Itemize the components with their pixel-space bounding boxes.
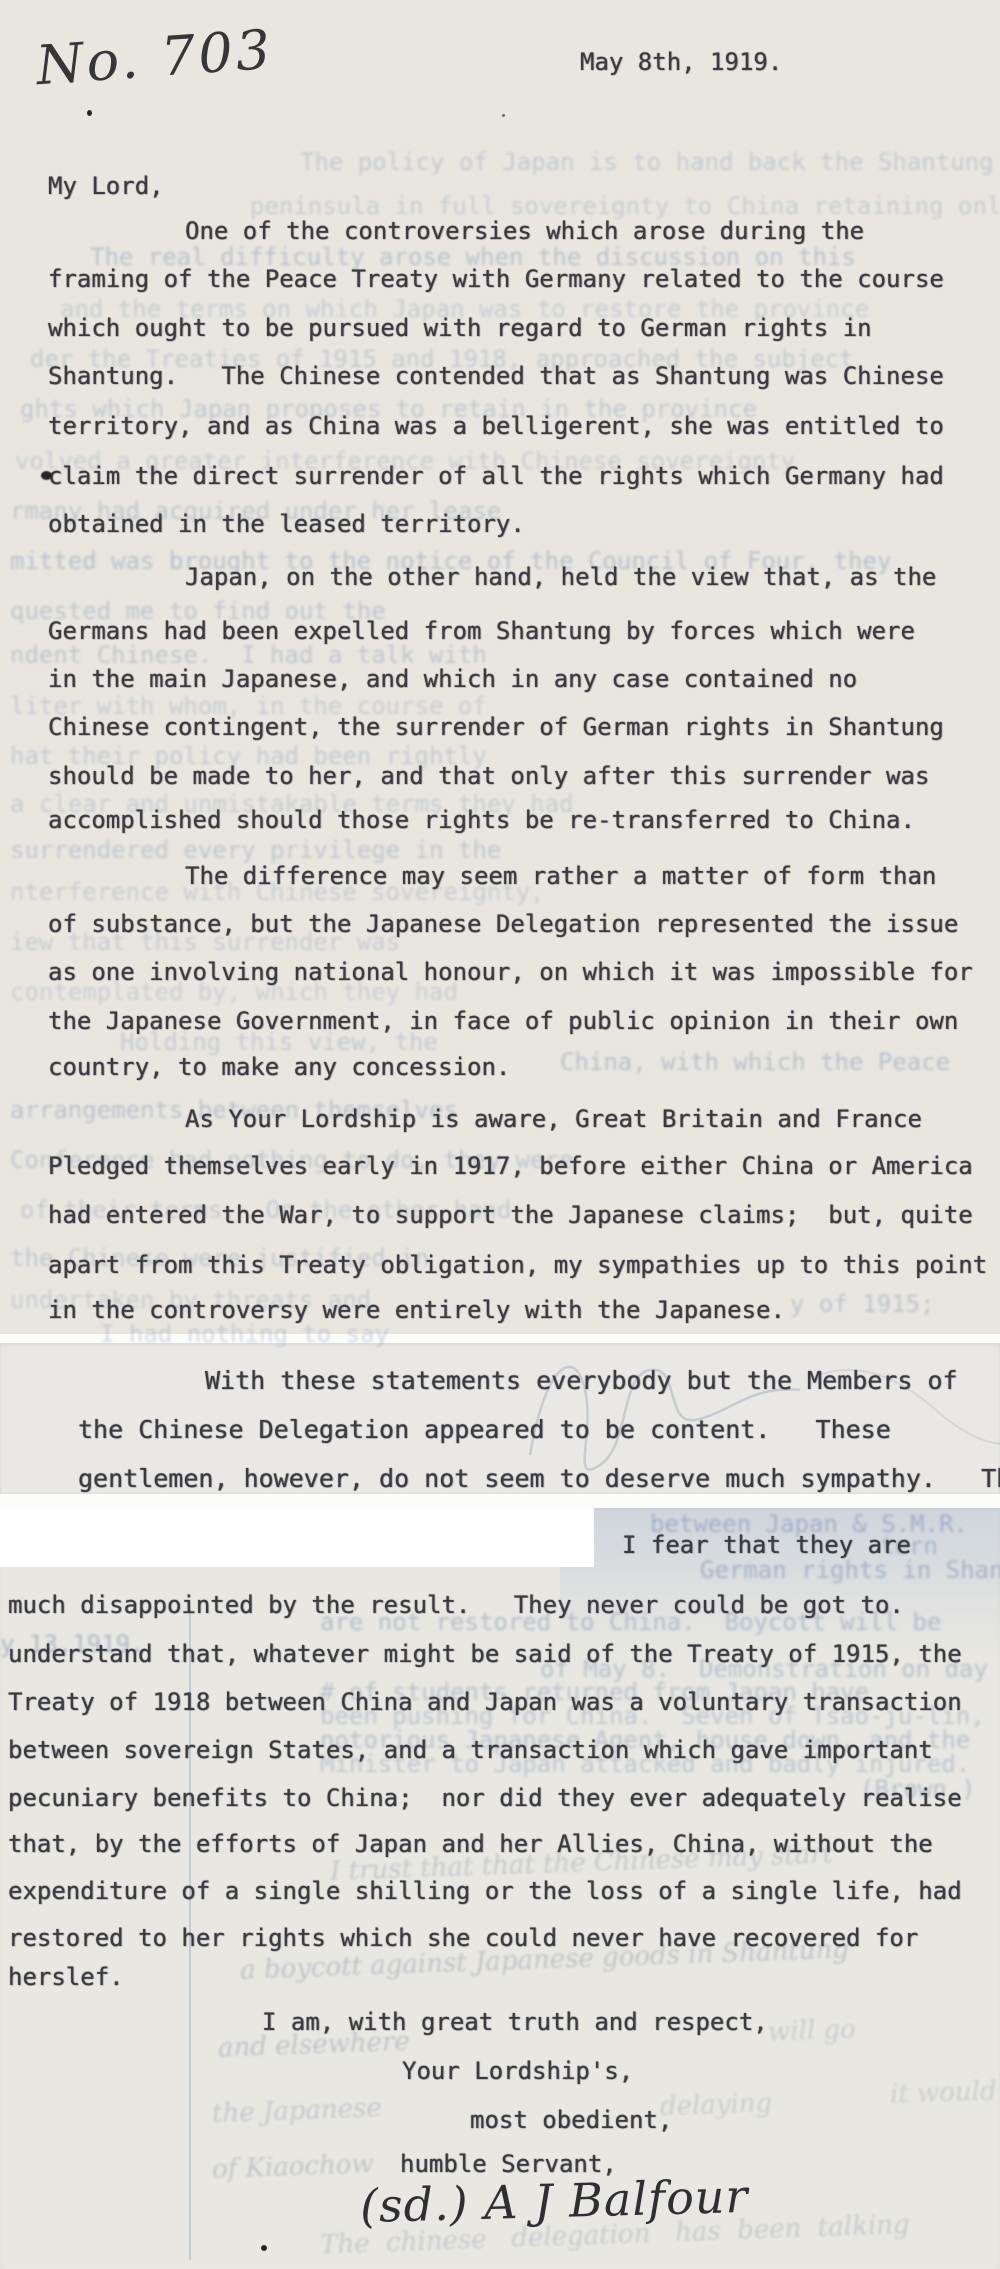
typed-line: gentlemen, however, do not seem to deser… <box>78 1464 1000 1493</box>
ink-dot <box>87 110 92 116</box>
bleedthrough-line: surrendered every privilege in the <box>10 836 501 864</box>
typed-line: of substance, but the Japanese Delegatio… <box>48 910 958 938</box>
typed-line: My Lord, <box>48 172 164 200</box>
typed-line: much disappointed by the result. They ne… <box>8 1591 904 1619</box>
closing-line: Your Lordship's, <box>402 2057 633 2085</box>
bleedthrough-line: I had nothing to say <box>100 1320 389 1348</box>
pencil-note: of Kiaochow <box>212 2149 375 2185</box>
typed-line: With these statements everybody but the … <box>205 1366 958 1395</box>
typed-line: obtained in the leased territory. <box>48 510 525 538</box>
typed-line: in the controversy were entirely with th… <box>48 1296 785 1324</box>
typed-line: country, to make any concession. <box>48 1053 510 1081</box>
date-line: May 8th, 1919. <box>580 48 782 76</box>
typed-line: Shantung. The Chinese contended that as … <box>48 362 944 390</box>
typed-line: claim the direct surrender of all the ri… <box>48 462 944 490</box>
typed-line: apart from this Treaty obligation, my sy… <box>48 1251 987 1279</box>
ink-speck <box>502 114 505 117</box>
typed-line: the Chinese Delegation appeared to be co… <box>78 1415 891 1444</box>
bleedthrough-line: German rights in Shantung <box>700 1556 1000 1584</box>
typed-line: I fear that they are <box>622 1531 911 1559</box>
closing-line: most obedient, <box>470 2106 672 2134</box>
typed-line: expenditure of a single shilling or the … <box>8 1877 962 1905</box>
bleedthrough-line: The policy of Japan is to hand back the … <box>300 148 994 176</box>
pencil-note: it would <box>890 2076 998 2110</box>
handwritten-signature: (sd.) A J Balfour <box>359 2169 749 2233</box>
typed-line: framing of the Peace Treaty with Germany… <box>48 265 944 293</box>
typed-line: One of the controversies which arose dur… <box>185 217 864 245</box>
typed-line: which ought to be pursued with regard to… <box>48 314 872 342</box>
typed-line: as one involving national honour, on whi… <box>48 958 973 986</box>
typed-line: in the main Japanese, and which in any c… <box>48 665 857 693</box>
typed-line: The difference may seem rather a matter … <box>185 862 936 890</box>
typed-line: Chinese contingent, the surrender of Ger… <box>48 713 944 741</box>
typed-line: between sovereign States, and a transact… <box>8 1736 933 1764</box>
typed-line: Pledged themselves early in 1917, before… <box>48 1152 973 1180</box>
closing-line: I am, with great truth and respect, <box>262 2008 768 2036</box>
ink-blot <box>41 471 52 480</box>
typed-line: restored to her rights which she could n… <box>8 1924 918 1952</box>
typed-line: Japan, on the other hand, held the view … <box>185 563 936 591</box>
typed-line: Germans had been expelled from Shantung … <box>48 617 915 645</box>
bleedthrough-line: China, with which the Peace <box>560 1048 950 1076</box>
scanned-letter-page: No. 703 May 8th, 1919. (sd.) A J Balfour… <box>0 0 1000 2269</box>
ink-dot <box>261 2245 267 2251</box>
typed-line: herslef. <box>8 1963 124 1991</box>
bleedthrough-line: y of 1915; <box>790 1290 935 1318</box>
typed-line: territory, and as China was a belligeren… <box>48 412 944 440</box>
typed-line: should be made to her, and that only aft… <box>48 762 929 790</box>
pencil-note: the Japanese <box>212 2093 383 2129</box>
typed-line: understand that, whatever might be said … <box>8 1640 962 1668</box>
scan-seam-2 <box>0 1494 1000 1508</box>
pencil-note: will go <box>768 2014 857 2047</box>
pencil-note: delaying <box>660 2088 773 2122</box>
typed-line: the Japanese Government, in face of publ… <box>48 1007 958 1035</box>
white-masked-patch <box>0 1508 594 1567</box>
typed-line: Treaty of 1918 between China and Japan w… <box>8 1688 962 1716</box>
typed-line: that, by the efforts of Japan and her Al… <box>8 1830 933 1858</box>
typed-line: had entered the War, to support the Japa… <box>48 1201 973 1229</box>
typed-line: As Your Lordship is aware, Great Britain… <box>185 1105 922 1133</box>
bleedthrough-line: peninsula in full sovereignty to China r… <box>250 192 1000 220</box>
typed-line: accomplished should those rights be re-t… <box>48 806 915 834</box>
typed-line: pecuniary benefits to China; nor did the… <box>8 1784 962 1812</box>
handwritten-reference-number: No. 703 <box>34 18 275 97</box>
